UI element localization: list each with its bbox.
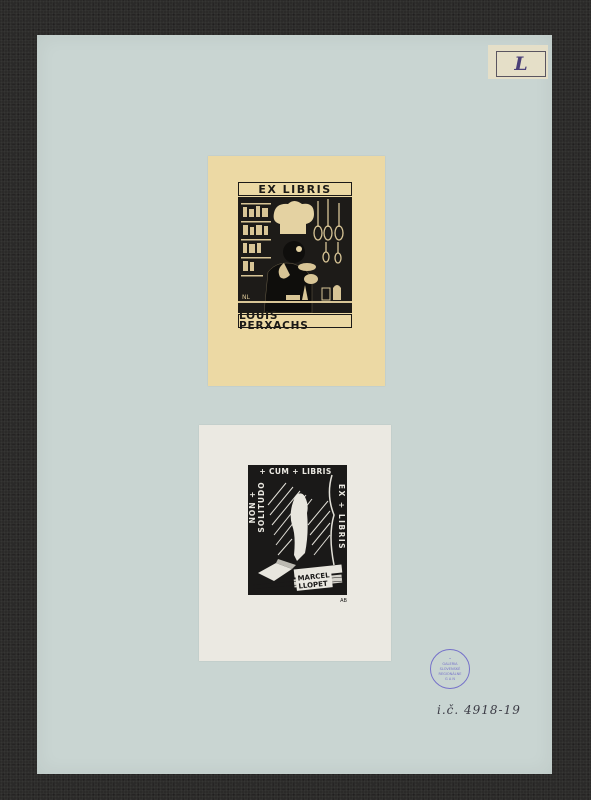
bookplate-marcel-card: + CUM + LIBRIS NON + SOLITUDO EX + LIBRI… [199, 425, 391, 661]
chef-illustration: NL [238, 197, 352, 313]
mounting-board: L EX LIBRIS [37, 35, 552, 774]
inventory-number: i.č. 4918-19 [437, 703, 521, 717]
artist-monogram: AB [340, 598, 347, 604]
bookplate-marcel-print: + CUM + LIBRIS NON + SOLITUDO EX + LIBRI… [248, 465, 347, 604]
owner-name: LOUIS PERXACHS [238, 314, 352, 328]
corner-label: L [488, 45, 548, 79]
svg-text:NL: NL [242, 294, 250, 301]
motto-left: NON + SOLITUDO [248, 465, 260, 550]
motto-top: + CUM + LIBRIS [254, 467, 337, 476]
stamp-line: G A N [431, 677, 469, 682]
bookplate-perxachs-card: EX LIBRIS [208, 156, 385, 386]
gallery-stamp: • GALERIA SLOVENSKÉ REGIONÁLNE G A N [430, 649, 470, 689]
bookplate-perxachs-print: EX LIBRIS [238, 182, 352, 328]
corner-label-text: L [496, 51, 546, 77]
ex-libris-vertical: EX + LIBRIS [334, 477, 346, 557]
ex-libris-title: EX LIBRIS [238, 182, 352, 196]
figure-books-illustration: + CUM + LIBRIS NON + SOLITUDO EX + LIBRI… [248, 465, 347, 595]
chef-illustration-icon: NL [238, 197, 352, 313]
